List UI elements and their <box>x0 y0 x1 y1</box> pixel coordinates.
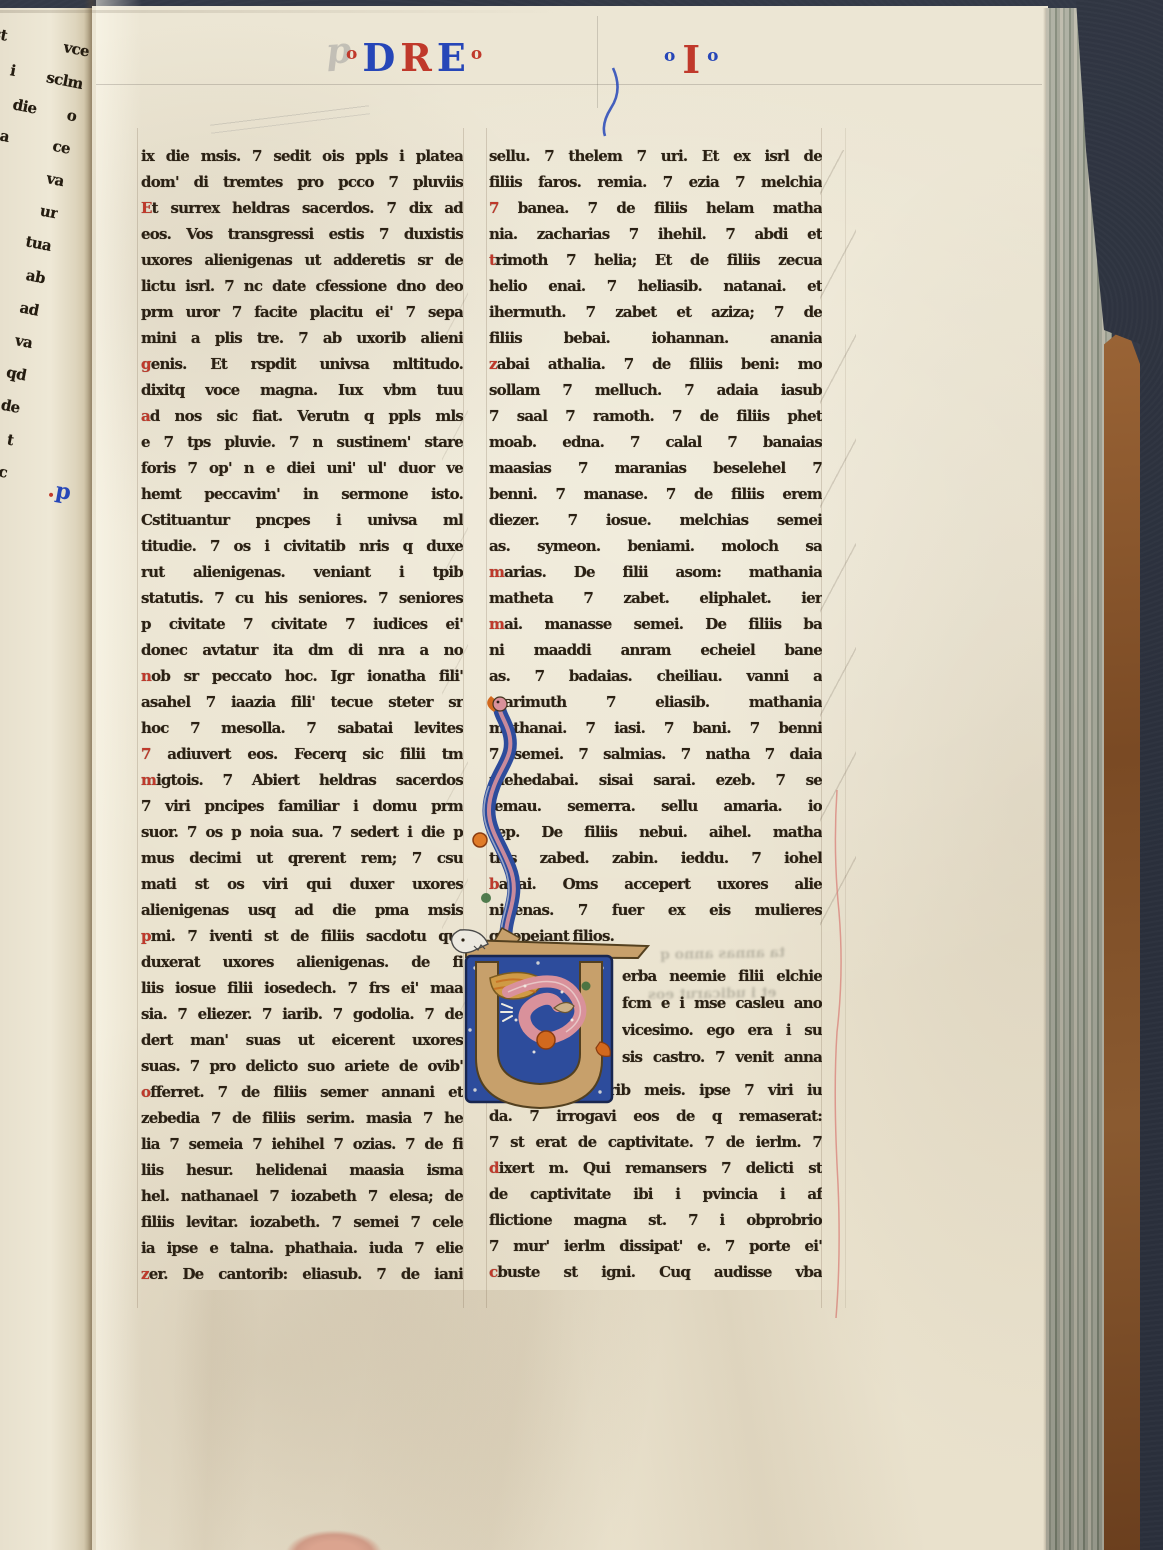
chapter-numeral: oIo <box>664 32 718 88</box>
text-line: Cstituantur pncpes i univsa ml <box>141 507 463 533</box>
text-line: statutis. 7 cu his seniores. 7 seniores <box>141 585 463 611</box>
text-line: 7 viri pncipes familiar i domu prm <box>141 793 463 819</box>
parchment-folds <box>100 1290 1040 1550</box>
text-line: as. symeon. beniami. moloch sa <box>489 533 822 559</box>
title-letter: D <box>362 39 395 77</box>
facing-page-flourish: .p <box>46 476 73 506</box>
text-line: 7 adiuvert eos. Fecerq sic filii tm <box>141 741 463 767</box>
bleedthrough-text: ta annas anno q <box>660 945 785 963</box>
text-line: de captivitate ibi i pvincia i af <box>489 1181 822 1207</box>
text-line: filiis faros. remia. 7 ezia 7 melchia <box>489 169 822 195</box>
text-line: suor. 7 os p noia sua. 7 sedert i die p <box>141 819 463 845</box>
text-line: mati st os viri qui duxer uxores <box>141 871 463 897</box>
text-line: sellu. 7 thelem 7 uri. Et ex isrl de <box>489 143 822 169</box>
text-line: flictione magna st. 7 i obprobrio <box>489 1207 822 1233</box>
page-block-edges <box>1046 8 1112 1550</box>
text-line: 7 saal 7 ramoth. 7 de filiis phet <box>489 403 822 429</box>
illuminated-initial-v <box>450 690 660 1110</box>
text-line: mini a plis tre. 7 ab uxorib alieni <box>141 325 463 351</box>
text-line: migtois. 7 Abiert heldras sacerdos <box>141 767 463 793</box>
title-letter: R <box>400 39 432 77</box>
title-letter: o <box>471 46 482 63</box>
text-line: 7 banea. 7 de filiis helam matha <box>489 195 822 221</box>
text-line: marias. De filii asom: mathania <box>489 559 822 585</box>
text-line: benni. 7 manase. 7 de filiis erem <box>489 481 822 507</box>
text-line: lia 7 semeia 7 iehihel 7 ozias. 7 de fi <box>141 1131 463 1157</box>
text-line: foris 7 op' n e diei uni' ul' duor ve <box>141 455 463 481</box>
text-line: zer. De cantorib: eliasub. 7 de iani <box>141 1261 463 1287</box>
text-line: eos. Vos transgressi estis 7 duxistis <box>141 221 463 247</box>
red-margin-line <box>832 790 842 1320</box>
title-letter: o <box>664 48 675 65</box>
text-line: dixitq voce magna. Iux vbm tuu <box>141 377 463 403</box>
text-line: filiis bebai. iohannan. anania <box>489 325 822 351</box>
running-title-flourish <box>601 66 627 138</box>
text-line: mus decimi ut qrerent rem; 7 csu <box>141 845 463 871</box>
text-line: lictu isrl. 7 nc date cfessione dno deo <box>141 273 463 299</box>
text-line: ihermuth. 7 zabet et aziza; 7 de <box>489 299 822 325</box>
leather-binding-edge <box>1104 326 1144 1550</box>
text-line: cbuste st igni. Cuq audisse vba <box>489 1259 822 1285</box>
fingertip <box>282 1522 386 1550</box>
ruled-line-vertical <box>137 128 138 1308</box>
manuscript-photo: la st vcer ulq i sclmnos in die oo magna… <box>0 0 1163 1550</box>
text-line: donec avtatur ita dm di nra a no <box>141 637 463 663</box>
text-line: liis iosue filii iosedech. 7 frs ei' maa <box>141 975 463 1001</box>
text-line: zabai athalia. 7 de filiis beni: mo <box>489 351 822 377</box>
text-line: zebedia 7 de filiis serim. masia 7 he <box>141 1105 463 1131</box>
bleedthrough-text: et i udicarut eos <box>648 985 777 1003</box>
text-line: ix die msis. 7 sedit ois ppls i platea <box>141 143 463 169</box>
facing-page-strip: la st vcer ulq i sclmnos in die oo magna… <box>0 8 92 1550</box>
title-letter: E <box>437 39 466 77</box>
page-top-edge-shadow <box>0 10 560 13</box>
text-line: 7 mur' ierlm dissipat' e. 7 porte ei' <box>489 1233 822 1259</box>
text-line: nob sr peccato hoc. Igr ionatha fili' <box>141 663 463 689</box>
text-line: hemt peccavim' in sermone isto. <box>141 481 463 507</box>
text-line: genis. Et rspdit univsa mltitudo. <box>141 351 463 377</box>
text-line: asahel 7 iaazia fili' tecue steter sr <box>141 689 463 715</box>
text-line: filiis levitar. iozabeth. 7 semei 7 cele <box>141 1209 463 1235</box>
title-letter: o <box>346 46 357 63</box>
text-line: as. 7 badaias. cheiliau. vanni a <box>489 663 822 689</box>
text-line: nia. zacharias 7 ihehil. 7 abdi et <box>489 221 822 247</box>
text-line: prm uror 7 facite placitu ei' 7 sepa <box>141 299 463 325</box>
text-line: e 7 tps pluvie. 7 n sustinem' stare <box>141 429 463 455</box>
ruled-line-header-divider <box>597 16 598 108</box>
text-line: matheta 7 zabet. eliphalet. ier <box>489 585 822 611</box>
text-line: 7 st erat de captivitate. 7 de ierlm. 7 <box>489 1129 822 1155</box>
text-line: sia. 7 eliezer. 7 iarib. 7 godolia. 7 de <box>141 1001 463 1027</box>
text-line: liis hesur. helidenai maasia isma <box>141 1157 463 1183</box>
text-line: dixert m. Qui remansers 7 delicti st <box>489 1155 822 1181</box>
text-line: helio enai. 7 heliasib. natanai. et <box>489 273 822 299</box>
text-line: Et surrex heldras sacerdos. 7 dix ad <box>141 195 463 221</box>
text-line: dert man' suas ut eicerent uxores <box>141 1027 463 1053</box>
text-line: p civitate 7 civitate 7 iudices ei' <box>141 611 463 637</box>
text-line: ad nos sic fiat. Verutn q ppls mls <box>141 403 463 429</box>
text-line: mai. manasse semei. De filiis ba <box>489 611 822 637</box>
text-line: duxerat uxores alienigenas. de fi <box>141 949 463 975</box>
text-line: suas. 7 pro delicto suo ariete de ovib' <box>141 1053 463 1079</box>
text-line: ni maaddi anram echeiel bane <box>489 637 822 663</box>
text-line: moab. edna. 7 calal 7 banaias <box>489 429 822 455</box>
facing-page-text: la st vcer ulq i sclmnos in die oo magna… <box>0 8 92 490</box>
text-line: hel. nathanael 7 iozabeth 7 elesa; de <box>141 1183 463 1209</box>
text-line: maasias 7 maranias beselehel 7 <box>489 455 822 481</box>
text-line: offerret. 7 de filiis semer annani et <box>141 1079 463 1105</box>
text-line: alienigenas usq ad die pma msis <box>141 897 463 923</box>
text-line: ia ipse e talna. phathaia. iuda 7 elie <box>141 1235 463 1261</box>
text-line: sollam 7 melluch. 7 adaia iasub <box>489 377 822 403</box>
text-line: rut alienigenas. veniant i tpib <box>141 559 463 585</box>
text-line: trimoth 7 helia; Et de filiis zecua <box>489 247 822 273</box>
title-letter: I <box>682 41 700 79</box>
running-title: oDREo <box>346 26 482 90</box>
text-line: uxores alienigenas ut adderetis sr de <box>141 247 463 273</box>
text-line: pmi. 7 iventi st de filiis sacdotu qui <box>141 923 463 949</box>
text-line: titudie. 7 os i civitatib nris q duxe <box>141 533 463 559</box>
text-line: diezer. 7 iosue. melchias semei <box>489 507 822 533</box>
text-column-1: ix die msis. 7 sedit ois ppls i plateado… <box>141 143 463 1287</box>
text-line: hoc 7 mesolla. 7 sabatai levites <box>141 715 463 741</box>
text-line: dom' di tremtes pro pcco 7 pluviis <box>141 169 463 195</box>
ruled-line-horizontal <box>96 84 1042 85</box>
title-letter: o <box>707 48 718 65</box>
